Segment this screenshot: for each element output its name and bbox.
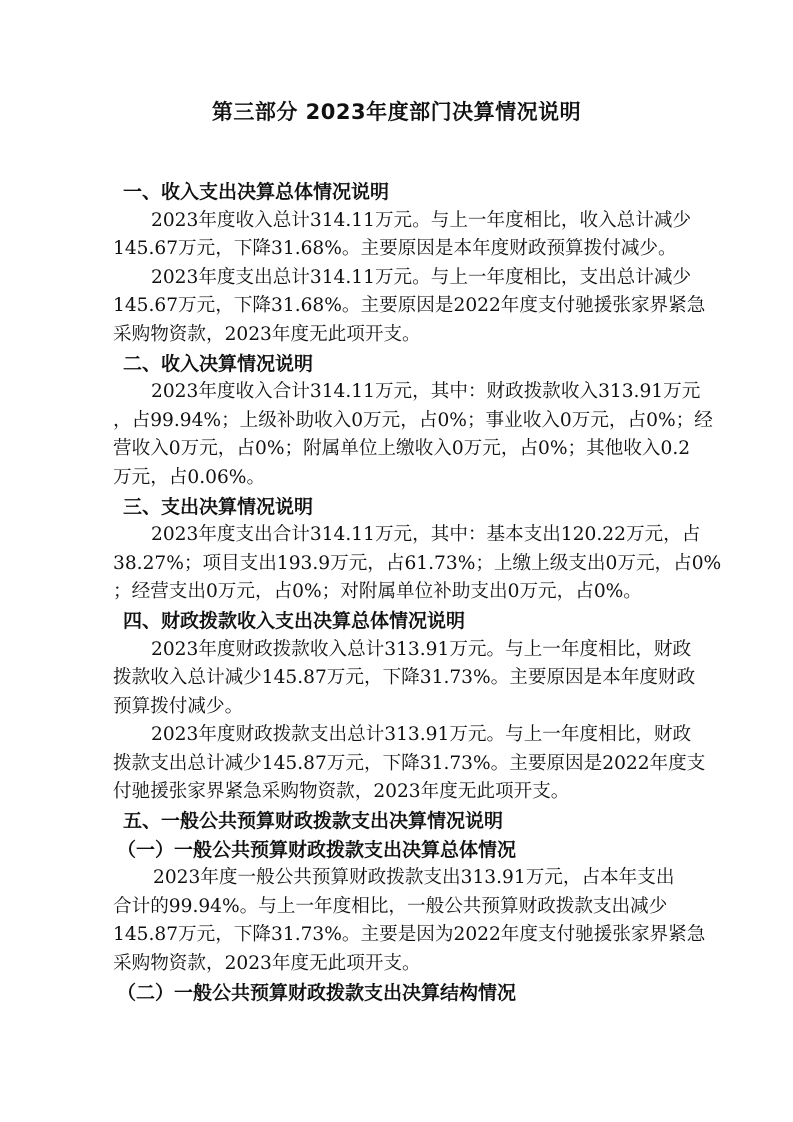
- paragraph-line: 2023年度支出总计314.11万元。与上一年度相比，支出总计减少: [113, 264, 713, 293]
- paragraph-line: 2023年度一般公共预算财政拨款支出313.91万元，占本年支出: [113, 864, 713, 893]
- section-2-heading: 二、收入决算情况说明: [113, 350, 713, 379]
- paragraph-line: 145.87万元，下降31.73%。主要是因为2022年度支付驰援张家界紧急: [113, 921, 713, 950]
- paragraph-line: 合计的99.94%。与上一年度相比，一般公共预算财政拨款支出减少: [113, 893, 713, 922]
- subsection-5-2-heading: （二）一般公共预算财政拨款支出决算结构情况: [113, 979, 713, 1008]
- paragraph-line: 万元，占0.06%。: [113, 464, 713, 493]
- paragraph-line: 2023年度财政拨款收入总计313.91万元。与上一年度相比，财政: [113, 636, 713, 665]
- paragraph-line: 38.27%；项目支出193.9万元，占61.73%；上缴上级支出0万元，占0%: [113, 550, 713, 579]
- section-5-heading: 五、一般公共预算财政拨款支出决算情况说明: [113, 807, 713, 836]
- paragraph-line: 采购物资款，2023年度无此项开支。: [113, 950, 713, 979]
- paragraph-line: 2023年度支出合计314.11万元，其中：基本支出120.22万元，占: [113, 521, 713, 550]
- subsection-5-1-heading: （一）一般公共预算财政拨款支出决算总体情况: [113, 836, 713, 865]
- paragraph-line: 拨款收入总计减少145.87万元，下降31.73%。主要原因是本年度财政: [113, 664, 713, 693]
- paragraph-line: ，占99.94%；上级补助收入0万元，占0%；事业收入0万元，占0%；经: [113, 407, 713, 436]
- section-3-heading: 三、支出决算情况说明: [113, 493, 713, 522]
- paragraph-line: 拨款支出总计减少145.87万元，下降31.73%。主要原因是2022年度支: [113, 750, 713, 779]
- document-body: 一、收入支出决算总体情况说明 2023年度收入总计314.11万元。与上一年度相…: [113, 178, 713, 1007]
- paragraph-line: 2023年度收入合计314.11万元，其中：财政拨款收入313.91万元: [113, 378, 713, 407]
- paragraph-line: 采购物资款，2023年度无此项开支。: [113, 321, 713, 350]
- section-1-heading: 一、收入支出决算总体情况说明: [113, 178, 713, 207]
- paragraph-line: 2023年度收入总计314.11万元。与上一年度相比，收入总计减少: [113, 207, 713, 236]
- section-4-heading: 四、财政拨款收入支出决算总体情况说明: [113, 607, 713, 636]
- paragraph-line: 付驰援张家界紧急采购物资款，2023年度无此项开支。: [113, 778, 713, 807]
- paragraph-line: 预算拨付减少。: [113, 693, 713, 722]
- paragraph-line: 145.67万元，下降31.68%。主要原因是本年度财政预算拨付减少。: [113, 235, 713, 264]
- paragraph-line: 145.67万元，下降31.68%。主要原因是2022年度支付驰援张家界紧急: [113, 292, 713, 321]
- paragraph-line: 2023年度财政拨款支出总计313.91万元。与上一年度相比，财政: [113, 721, 713, 750]
- paragraph-line: 营收入0万元，占0%；附属单位上缴收入0万元，占0%；其他收入0.2: [113, 435, 713, 464]
- paragraph-line: ；经营支出0万元，占0%；对附属单位补助支出0万元，占0%。: [113, 578, 713, 607]
- page-title: 第三部分 2023年度部门决算情况说明: [0, 96, 793, 126]
